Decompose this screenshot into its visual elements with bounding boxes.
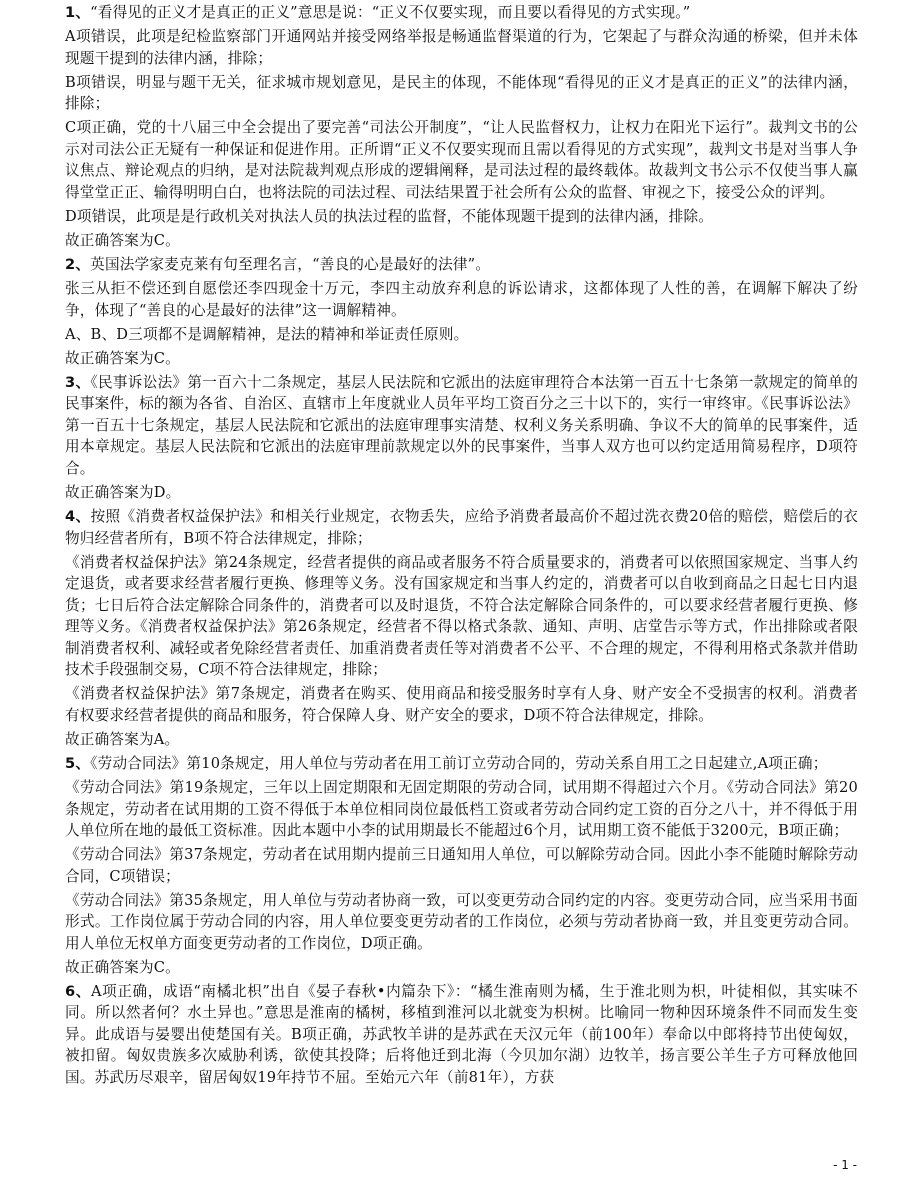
page-number: - 1 - [833, 1157, 857, 1173]
question-number: 4、 [65, 508, 91, 525]
question-6-stem: 6、A项正确，成语“南橘北枳”出自《晏子春秋•内篇杂下》：“橘生淮南则为橘，生于… [65, 981, 858, 1089]
document-page: 1、“看得见的正义才是真正的正义”意思是说：“正义不仅要实现，而且要以看得见的方… [65, 2, 858, 1091]
analysis-paragraph: A、B、D三项都不是调解精神，是法的精神和举证责任原则。 [65, 324, 858, 346]
question-number: 2、 [65, 256, 90, 273]
question-5: 5、《劳动合同法》第10条规定，用人单位与劳动者在用工前订立劳动合同的，劳动关系… [65, 753, 858, 978]
answer-line: 故正确答案为C。 [65, 348, 858, 370]
analysis-paragraph: 《劳动合同法》第35条规定，用人单位与劳动者协商一致，可以变更劳动合同约定的内容… [65, 890, 858, 955]
analysis-paragraph: 《消费者权益保护法》第7条规定，消费者在购买、使用商品和接受服务时享有人身、财产… [65, 683, 858, 726]
answer-line: 故正确答案为C。 [65, 230, 858, 252]
question-4: 4、按照《消费者权益保护法》和相关行业规定，衣物丢失，应给予消费者最高价不超过洗… [65, 506, 858, 750]
question-1-stem: 1、“看得见的正义才是真正的正义”意思是说：“正义不仅要实现，而且要以看得见的方… [65, 2, 858, 24]
question-2: 2、英国法学家麦克莱有句至理名言，“善良的心是最好的法律”。 张三从拒不偿还到自… [65, 254, 858, 369]
answer-line: 故正确答案为C。 [65, 957, 858, 979]
question-number: 1、 [65, 4, 90, 21]
question-6: 6、A项正确，成语“南橘北枳”出自《晏子春秋•内篇杂下》：“橘生淮南则为橘，生于… [65, 981, 858, 1089]
question-number: 5、 [65, 755, 90, 772]
question-5-stem: 5、《劳动合同法》第10条规定，用人单位与劳动者在用工前订立劳动合同的，劳动关系… [65, 753, 858, 775]
analysis-paragraph: 张三从拒不偿还到自愿偿还李四现金十万元，李四主动放弃利息的诉讼请求，这都体现了人… [65, 278, 858, 321]
answer-line: 故正确答案为D。 [65, 482, 858, 504]
option-b-analysis: B项错误，明显与题干无关，征求城市规划意见，是民主的体现，不能体现“看得见的正义… [65, 72, 858, 115]
question-3-stem: 3、《民事诉讼法》第一百六十二条规定，基层人民法院和它派出的法庭审理符合本法第一… [65, 372, 858, 480]
question-3: 3、《民事诉讼法》第一百六十二条规定，基层人民法院和它派出的法庭审理符合本法第一… [65, 372, 858, 504]
option-d-analysis: D项错误，此项是是行政机关对执法人员的执法过程的监督，不能体现题干提到的法律内涵… [65, 206, 858, 228]
option-a-analysis: A项错误，此项是纪检监察部门开通网站并接受网络举报是畅通监督渠道的行为，它架起了… [65, 26, 858, 69]
analysis-paragraph: 《消费者权益保护法》第24条规定，经营者提供的商品或者服务不符合质量要求的，消费… [65, 552, 858, 681]
question-number: 6、 [65, 983, 91, 1000]
question-4-stem: 4、按照《消费者权益保护法》和相关行业规定，衣物丢失，应给予消费者最高价不超过洗… [65, 506, 858, 549]
question-1: 1、“看得见的正义才是真正的正义”意思是说：“正义不仅要实现，而且要以看得见的方… [65, 2, 858, 251]
question-number: 3、 [65, 374, 90, 391]
option-c-analysis: C项正确，党的十八届三中全会提出了要完善“司法公开制度”，“让人民监督权力，让权… [65, 117, 858, 203]
question-2-stem: 2、英国法学家麦克莱有句至理名言，“善良的心是最好的法律”。 [65, 254, 858, 276]
analysis-paragraph: 《劳动合同法》第19条规定，三年以上固定期限和无固定期限的劳动合同，试用期不得超… [65, 777, 858, 842]
analysis-paragraph: 《劳动合同法》第37条规定，劳动者在试用期内提前三日通知用人单位，可以解除劳动合… [65, 844, 858, 887]
answer-line: 故正确答案为A。 [65, 729, 858, 751]
